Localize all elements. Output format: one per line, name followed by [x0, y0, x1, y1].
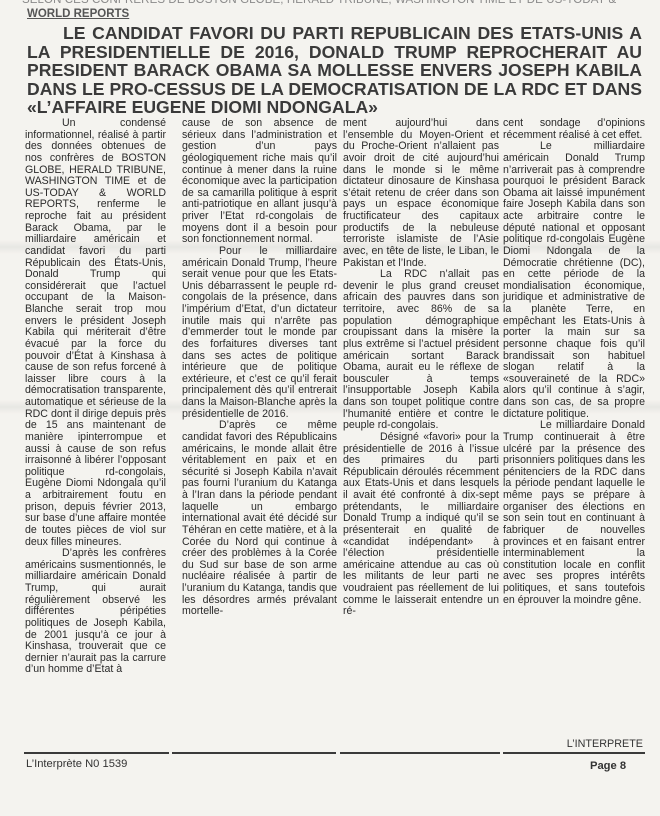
article-column-1: Un condensé informationnel, réalisé à pa… [25, 118, 166, 676]
paragraph: cent sondage d’opinions récemment réalis… [503, 118, 645, 141]
publication-issue: L’Interprète N0 1539 [26, 758, 127, 770]
paragraph: Le milliardaire américain Donald Trump n… [503, 141, 645, 420]
paragraph: ment aujourd’hui dans l’ensemble du Moye… [343, 118, 499, 269]
footer-rule [503, 752, 645, 754]
kicker-line-1: SELON CES CONFRERES DE BOSTON GLOBE, HER… [22, 0, 652, 7]
article-column-4: cent sondage d’opinions récemment réalis… [503, 118, 645, 606]
paragraph: Pour le milliardaire américain Donald Tr… [182, 246, 337, 420]
paragraph: cause de son absence de sérieux dans l’a… [182, 118, 337, 246]
headline: LE CANDIDAT FAVORI DU PARTI REPUBLICAIN … [27, 24, 642, 117]
paragraph: D’après les confrères américains susment… [25, 548, 166, 676]
paragraph: Le milliardaire Donald Trump continuerai… [503, 420, 645, 606]
article-column-3: ment aujourd’hui dans l’ensemble du Moye… [343, 118, 499, 618]
footer-rule [340, 752, 500, 754]
article-column-2: cause de son absence de sérieux dans l’a… [182, 118, 337, 618]
author-signature: L’INTERPRETE [535, 738, 643, 750]
paragraph: La RDC n’allait pas devenir le plus gran… [343, 269, 499, 432]
paragraph: D’après ce même candidat favori des Répu… [182, 420, 337, 618]
footer-rule [24, 752, 169, 754]
kicker-line-2: WORLD REPORTS [27, 8, 129, 21]
paragraph: Désigné «favori» pour la présidentielle … [343, 432, 499, 618]
page-number: Page 8 [590, 760, 626, 772]
footer-rule [172, 752, 336, 754]
paragraph: Un condensé informationnel, réalisé à pa… [25, 118, 166, 548]
